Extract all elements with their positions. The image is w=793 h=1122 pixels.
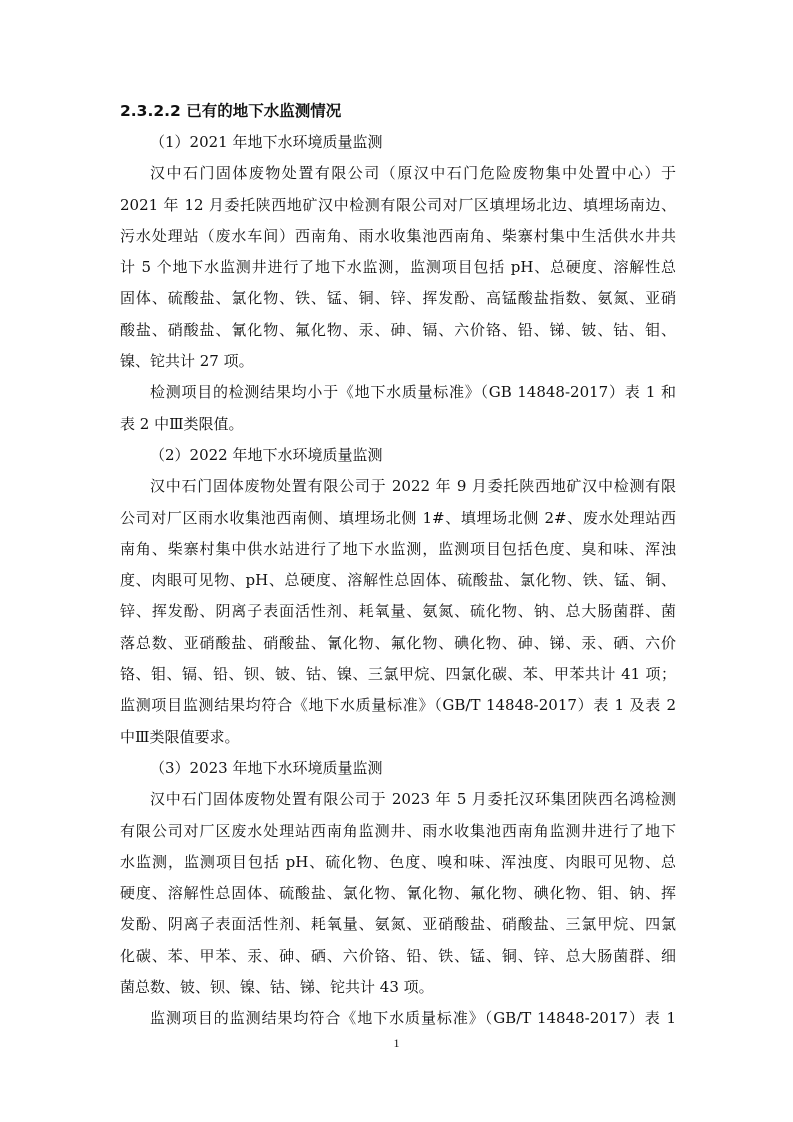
document-page: 2.3.2.2 已有的地下水监测情况 （1）2021 年地下水环境质量监测 汉中… (0, 0, 793, 1122)
paragraph-line: 汉中石门固体废物处置有限公司于 2023 年 5 月委托汉环集团陕西名鸿检测 (120, 784, 676, 815)
paragraph-line: 化碳、苯、甲苯、汞、砷、硒、六价铬、铅、铁、锰、铜、锌、总大肠菌群、细 (120, 941, 676, 972)
paragraph-line: 监测项目的监测结果均符合《地下水质量标准》（GB/T 14848-2017）表 … (120, 1003, 676, 1034)
paragraph-line: 公司对厂区雨水收集池西南侧、填埋场北侧 1#、填埋场北侧 2#、废水处理站西 (120, 503, 676, 534)
paragraph-line: 2021 年 12 月委托陕西地矿汉中检测有限公司对厂区填埋场北边、填埋场南边、 (120, 190, 676, 221)
paragraph-line: 中Ⅲ类限值要求。 (120, 722, 676, 753)
subsection-title-2023: （3）2023 年地下水环境质量监测 (120, 753, 676, 784)
subsection-title-2022: （2）2022 年地下水环境质量监测 (120, 440, 676, 471)
paragraph-line: 表 2 中Ⅲ类限值。 (120, 409, 676, 440)
paragraph-line: 硬度、溶解性总固体、硫酸盐、氯化物、氰化物、氟化物、碘化物、钼、钠、挥 (120, 878, 676, 909)
paragraph-line: 水监测，监测项目包括 pH、硫化物、色度、嗅和味、浑浊度、肉眼可见物、总 (120, 847, 676, 878)
paragraph-line: 镍、铊共计 27 项。 (120, 346, 676, 377)
paragraph-line: 污水处理站（废水车间）西南角、雨水收集池西南角、柴寨村集中生活供水井共 (120, 221, 676, 252)
subsection-title-2021: （1）2021 年地下水环境质量监测 (120, 127, 676, 158)
paragraph-line: 落总数、亚硝酸盐、硝酸盐、氰化物、氟化物、碘化物、砷、锑、汞、硒、六价 (120, 628, 676, 659)
section-heading: 2.3.2.2 已有的地下水监测情况 (120, 96, 676, 127)
paragraph-line: 酸盐、硝酸盐、氰化物、氟化物、汞、砷、镉、六价铬、铅、锑、铍、钴、钼、 (120, 315, 676, 346)
paragraph-line: 铬、钼、镉、铅、钡、铍、钴、镍、三氯甲烷、四氯化碳、苯、甲苯共计 41 项； (120, 659, 676, 690)
paragraph-line: 南角、柴寨村集中供水站进行了地下水监测，监测项目包括色度、臭和味、浑浊 (120, 534, 676, 565)
paragraph-line: 菌总数、铍、钡、镍、钴、锑、铊共计 43 项。 (120, 972, 676, 1003)
paragraph-line: 发酚、阴离子表面活性剂、耗氧量、氨氮、亚硝酸盐、硝酸盐、三氯甲烷、四氯 (120, 909, 676, 940)
page-number: 1 (0, 1036, 793, 1051)
paragraph-line: 度、肉眼可见物、pH、总硬度、溶解性总固体、硫酸盐、氯化物、铁、锰、铜、 (120, 565, 676, 596)
paragraph-line: 固体、硫酸盐、氯化物、铁、锰、铜、锌、挥发酚、高锰酸盐指数、氨氮、亚硝 (120, 283, 676, 314)
paragraph-line: 汉中石门固体废物处置有限公司于 2022 年 9 月委托陕西地矿汉中检测有限 (120, 471, 676, 502)
paragraph-line: 有限公司对厂区废水处理站西南角监测井、雨水收集池西南角监测井进行了地下 (120, 816, 676, 847)
page-content: 2.3.2.2 已有的地下水监测情况 （1）2021 年地下水环境质量监测 汉中… (120, 96, 676, 1035)
paragraph-line: 汉中石门固体废物处置有限公司（原汉中石门危险废物集中处置中心）于 (120, 158, 676, 189)
paragraph-line: 检测项目的检测结果均小于《地下水质量标准》（GB 14848-2017）表 1 … (120, 377, 676, 408)
paragraph-line: 锌、挥发酚、阴离子表面活性剂、耗氧量、氨氮、硫化物、钠、总大肠菌群、菌 (120, 596, 676, 627)
paragraph-line: 监测项目监测结果均符合《地下水质量标准》（GB/T 14848-2017）表 1… (120, 690, 676, 721)
paragraph-line: 计 5 个地下水监测井进行了地下水监测，监测项目包括 pH、总硬度、溶解性总 (120, 252, 676, 283)
